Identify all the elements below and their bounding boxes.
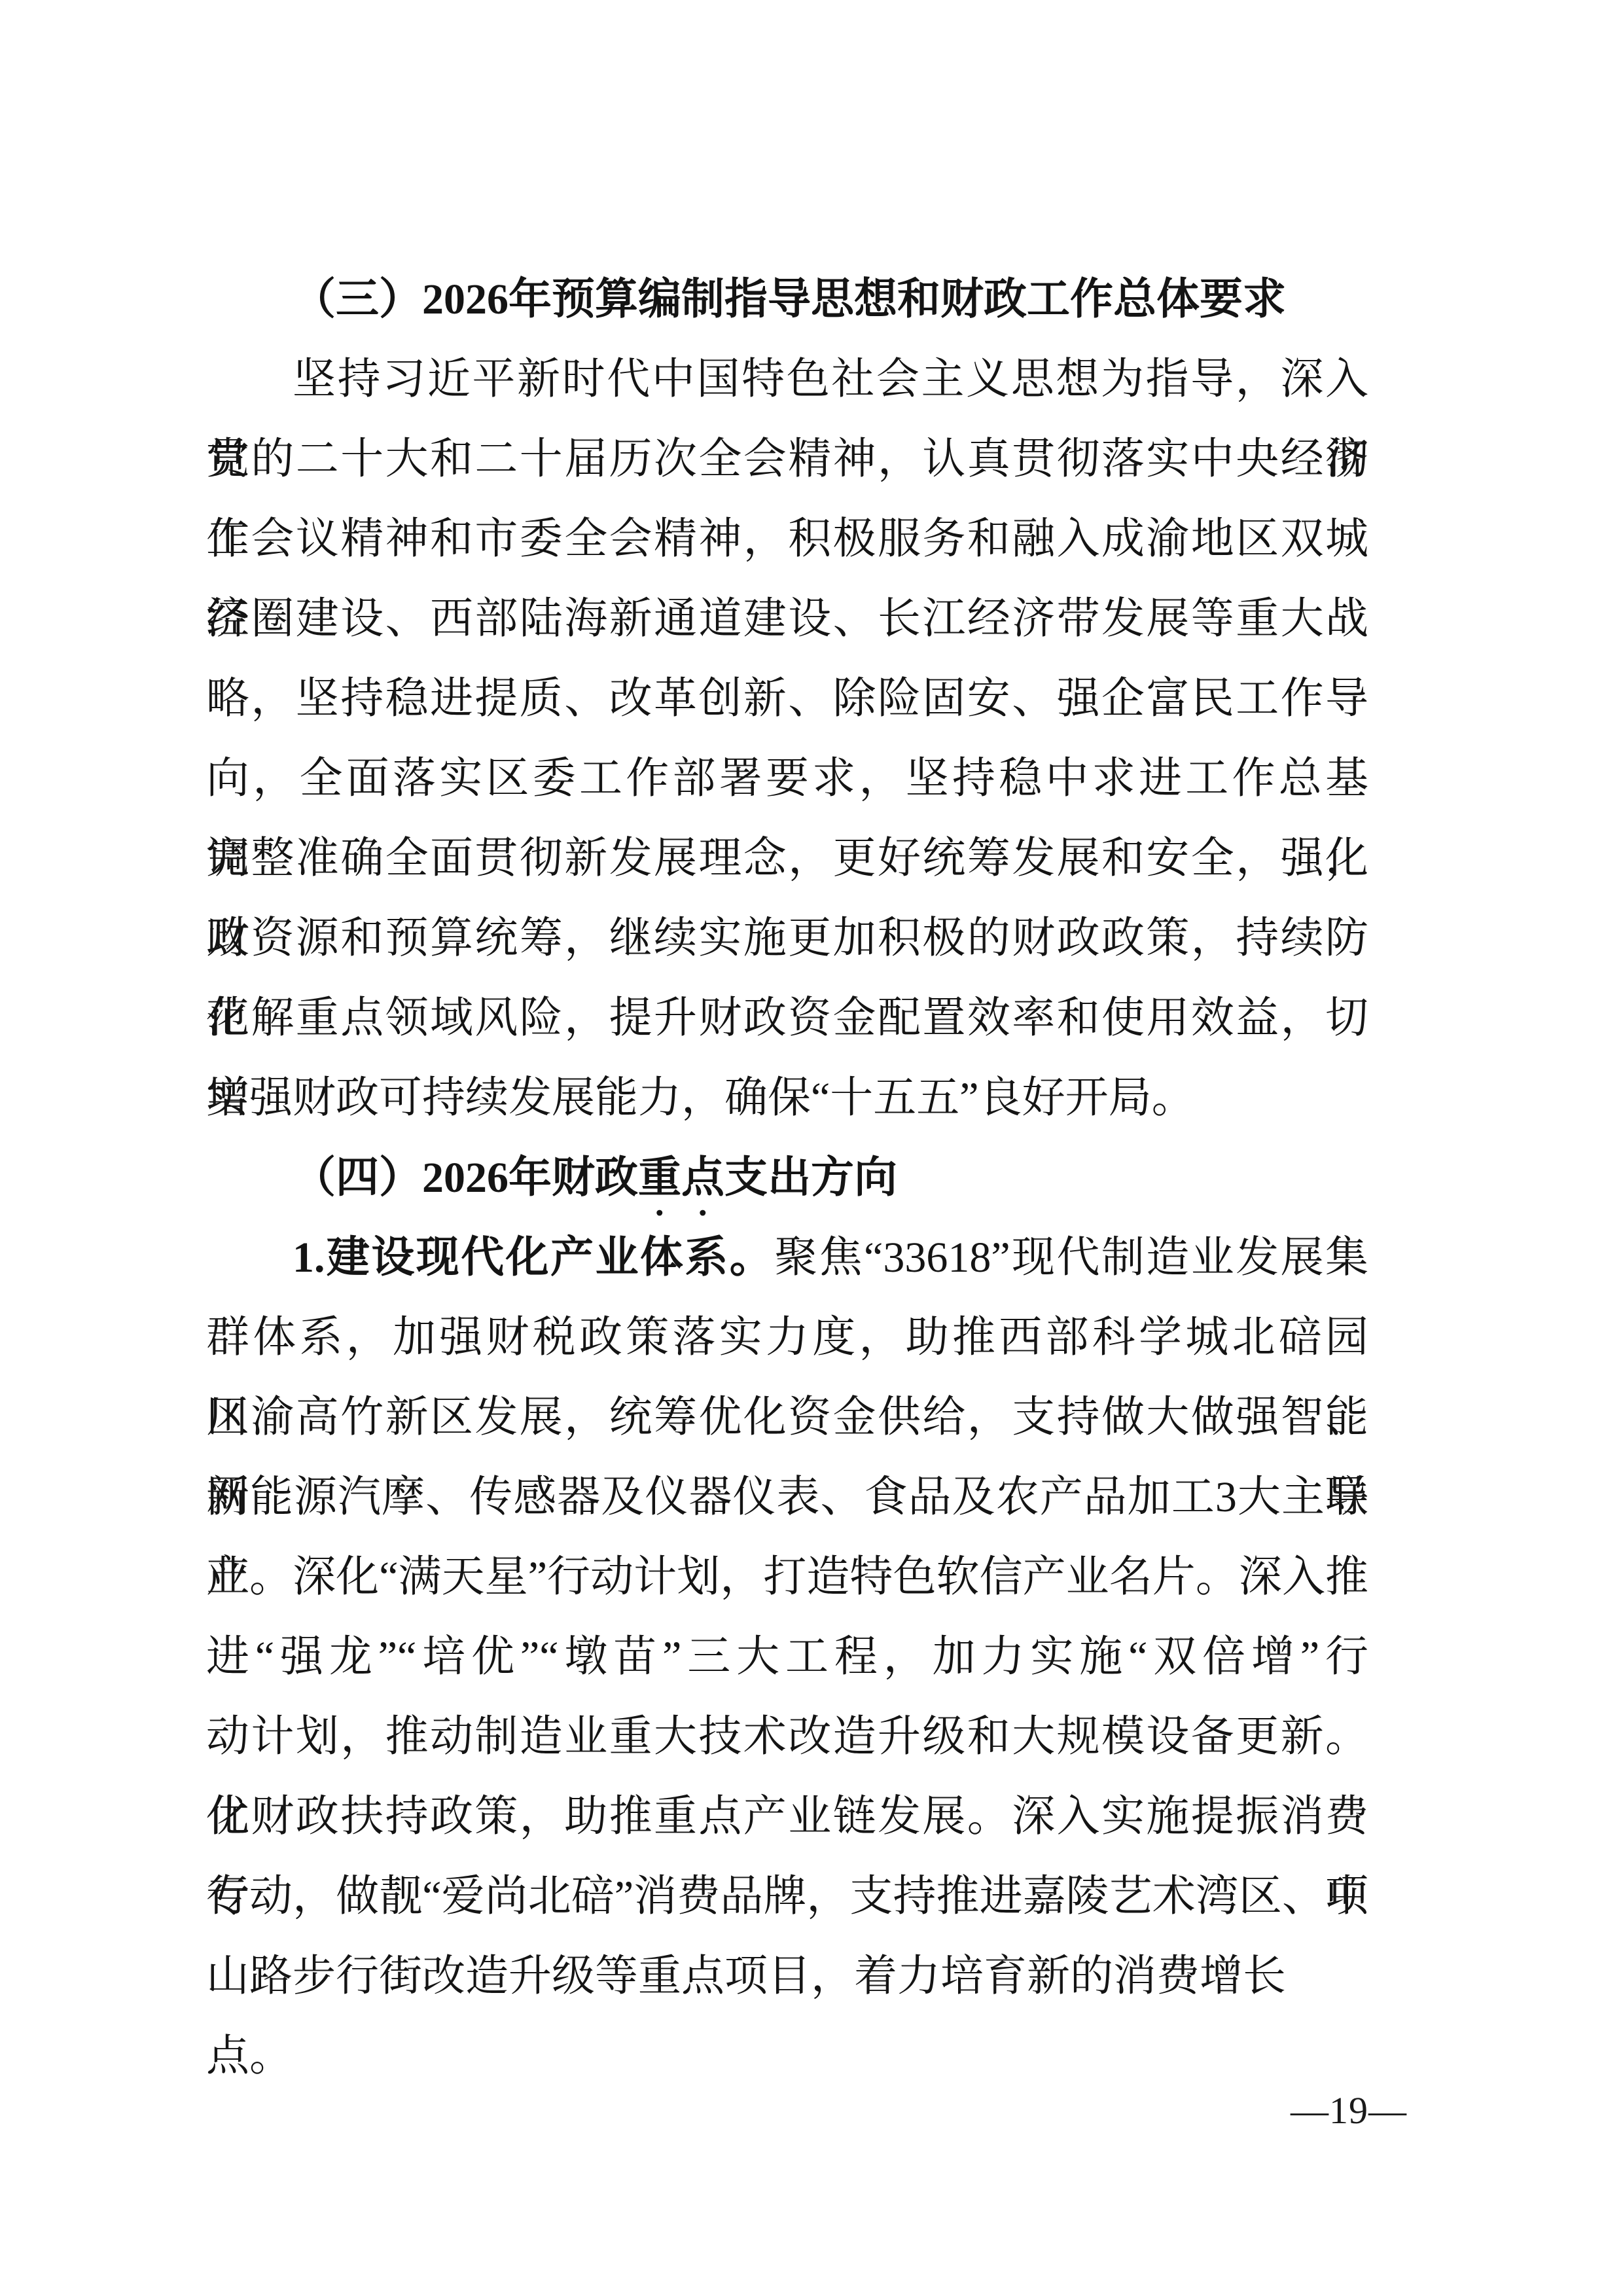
paragraph-2-line: 化财政扶持政策，助推重点产业链发展。深入实施提振消费专项 bbox=[206, 1777, 1368, 1857]
paragraph-2-line: 新能源汽摩、传感器及仪器仪表、食品及农产品加工3大主导产 bbox=[206, 1458, 1368, 1537]
paragraph-2-first-line-rest: 聚焦“33618”现代制造业发展集 bbox=[774, 1234, 1368, 1282]
section-heading-4-emphasized: 重点 bbox=[638, 1154, 724, 1202]
section-heading-3: （三）2026年预算编制指导思想和财政工作总体要求 bbox=[206, 260, 1368, 340]
paragraph-2-line: 行动，做靓“爱尚北碚”消费品牌，支持推进嘉陵艺术湾区、中 bbox=[206, 1857, 1368, 1937]
paragraph-2-last-line: 山路步行街改造升级等重点项目，着力培育新的消费增长点。 bbox=[206, 1937, 1368, 2017]
paragraph-1-line: 略，坚持稳进提质、改革创新、除险固安、强企富民工作导 bbox=[206, 659, 1368, 739]
paragraph-2-line: 进“强龙”“培优”“墩苗”三大工程，加力实施“双倍增”行 bbox=[206, 1617, 1368, 1697]
paragraph-1-line: 政资源和预算统筹，继续实施更加积极的财政政策，持续防范 bbox=[206, 899, 1368, 978]
paragraph-1-line: 完整准确全面贯彻新发展理念，更好统筹发展和安全，强化财 bbox=[206, 819, 1368, 899]
paragraph-2-line: 业。深化“满天星”行动计划，打造特色软信产业名片。深入推 bbox=[206, 1537, 1368, 1617]
paragraph-1-line: 化解重点领域风险，提升财政资金配置效率和使用效益，切实 bbox=[206, 978, 1368, 1058]
paragraph-1-last-line: 增强财政可持续发展能力，确保“十五五”良好开局。 bbox=[206, 1058, 1368, 1138]
document-page: （三）2026年预算编制指导思想和财政工作总体要求 坚持习近平新时代中国特色社会… bbox=[0, 0, 1623, 2296]
paragraph-2-lead: 1.建设现代化产业体系。 bbox=[293, 1234, 774, 1282]
section-heading-4-prefix: （四）2026年财政 bbox=[293, 1154, 638, 1202]
section-heading-4-suffix: 支出方向 bbox=[724, 1154, 897, 1202]
paragraph-2-first-line: 1.建设现代化产业体系。聚焦“33618”现代制造业发展集 bbox=[206, 1218, 1368, 1298]
paragraph-2-line: 动计划，推动制造业重大技术改造升级和大规模设备更新。优 bbox=[206, 1697, 1368, 1777]
paragraph-1-line: 坚持习近平新时代中国特色社会主义思想为指导，深入贯彻 bbox=[206, 340, 1368, 420]
paragraph-2-line: 川渝高竹新区发展，统筹优化资金供给，支持做大做强智能网联 bbox=[206, 1378, 1368, 1458]
section-heading-4: （四）2026年财政重点支出方向 bbox=[206, 1138, 1368, 1218]
paragraph-2-line: 群体系，加强财税政策落实力度，助推西部科学城北碚园区、 bbox=[206, 1298, 1368, 1378]
paragraph-1-line: 党的二十大和二十届历次全会精神，认真贯彻落实中央经济工 bbox=[206, 420, 1368, 499]
paragraph-1-line: 济圈建设、西部陆海新通道建设、长江经济带发展等重大战 bbox=[206, 579, 1368, 659]
paragraph-1-line: 作会议精神和市委全会精神，积极服务和融入成渝地区双城经 bbox=[206, 499, 1368, 579]
page-number: —19— bbox=[1291, 2092, 1407, 2130]
paragraph-1-line: 向，全面落实区委工作部署要求，坚持稳中求进工作总基调， bbox=[206, 739, 1368, 819]
document-text-block: （三）2026年预算编制指导思想和财政工作总体要求 坚持习近平新时代中国特色社会… bbox=[206, 260, 1368, 2017]
